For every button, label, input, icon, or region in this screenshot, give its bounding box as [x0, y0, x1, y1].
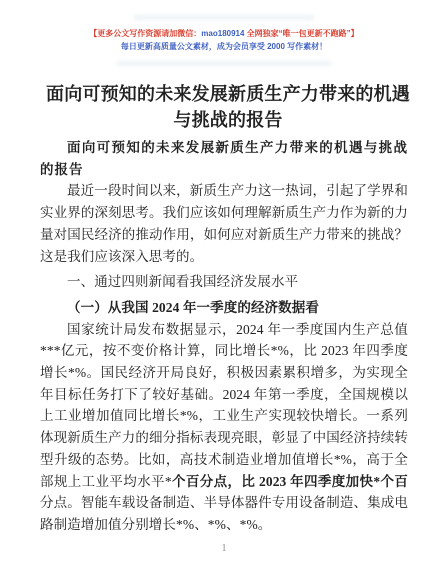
section-1-1-heading: （一）从我国 2024 年一季度的经济数据看	[40, 297, 408, 319]
ad-text-prefix: 【更多公文写作资源请加微信：	[89, 29, 201, 38]
data-paragraph-segment-bold: 个百分点，比 2023 年四季度加快*个百	[172, 474, 408, 489]
header-ad-line2: 每日更新高质量公文素材，成为会员享受 2000 写作素材！	[40, 40, 408, 53]
faded-text-artifact	[117, 61, 332, 66]
intro-paragraph: 最近一段时间以来，新质生产力这一热词，引起了学界和实业界的深刻思考。我们应该如何…	[40, 180, 408, 267]
data-paragraph-segment: 国家统计局发布数据显示，2024 年一季度国内生产总值***亿元，按不变价格计算…	[40, 322, 408, 489]
subtitle-paragraph: 面向可预知的未来发展新质生产力带来的机遇与挑战的报告	[40, 137, 408, 180]
header-ad-line1: 【更多公文写作资源请加微信：mao180914 全网独家“唯一包更新不跑路”】	[40, 27, 408, 40]
page-number: 1	[0, 543, 448, 554]
ad-text-suffix: 全网独家“唯一包更新不跑路”】	[244, 29, 358, 38]
document-page: 【更多公文写作资源请加微信：mao180914 全网独家“唯一包更新不跑路”】 …	[0, 0, 448, 580]
section-1-heading: 一、通过四则新闻看我国经济发展水平	[40, 271, 408, 293]
header-ad: 【更多公文写作资源请加微信：mao180914 全网独家“唯一包更新不跑路”】 …	[40, 0, 408, 53]
faded-text-artifact	[134, 15, 314, 20]
data-paragraph-segment: 分点。智能车载设备制造、半导体器件专用设备制造、集成电路制造增加值分别增长*%、…	[40, 495, 408, 532]
ad-wechat-id: mao180914	[201, 29, 244, 38]
document-title: 面向可预知的未来发展新质生产力带来的机遇与挑战的报告	[40, 81, 416, 133]
economic-data-paragraph: 国家统计局发布数据显示，2024 年一季度国内生产总值***亿元，按不变价格计算…	[40, 319, 408, 536]
